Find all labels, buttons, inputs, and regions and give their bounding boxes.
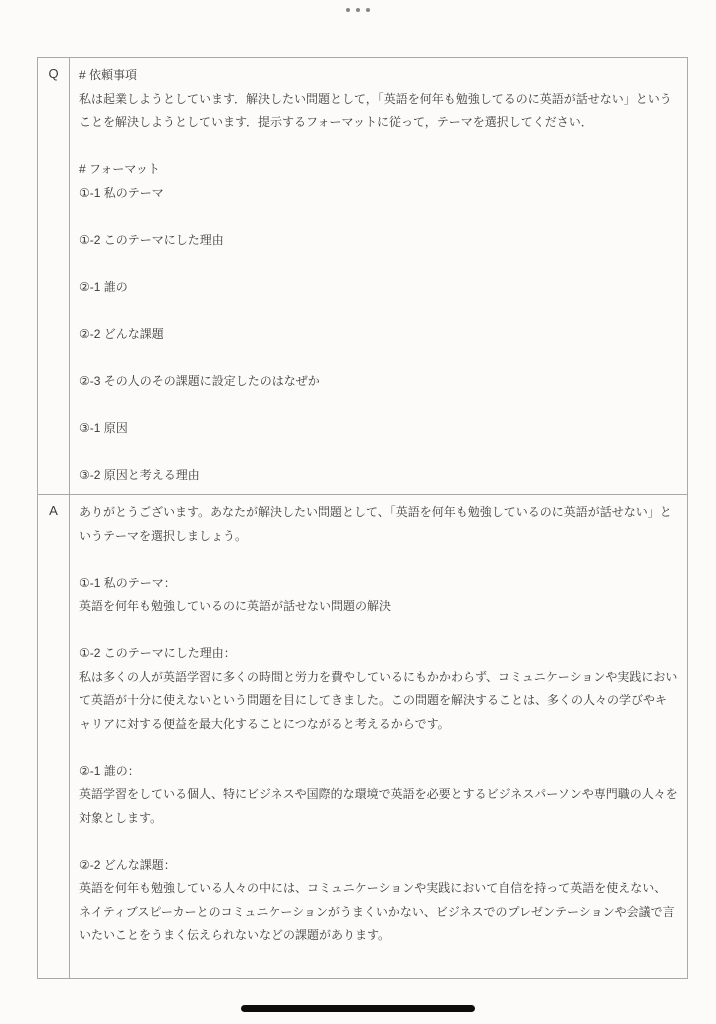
text-line: ②-2 どんな課題: [79, 323, 678, 347]
blank-line: [79, 830, 678, 854]
more-menu-dot: [366, 8, 370, 12]
blank-line: [79, 346, 678, 370]
question-row: Q # 依頼事項 私は起業しようとしています．解決したい問題として，「英語を何年…: [38, 58, 688, 495]
qa-table: Q # 依頼事項 私は起業しようとしています．解決したい問題として，「英語を何年…: [37, 57, 688, 979]
text-line: ③-1 原因: [79, 417, 678, 441]
more-menu-dot: [356, 8, 360, 12]
text-line: ②-2 どんな課題：: [79, 854, 678, 878]
blank-line: [79, 440, 678, 464]
answer-content: ありがとうございます。あなたが解決したい問題として、「英語を何年も勉強しているの…: [70, 495, 688, 979]
text-line: ②-1 誰の：: [79, 760, 678, 784]
text-line: ①-1 私のテーマ：: [79, 572, 678, 596]
home-indicator[interactable]: [241, 1005, 475, 1012]
blank-line: [79, 948, 678, 972]
more-menu-icon[interactable]: [346, 8, 370, 12]
answer-row: A ありがとうございます。あなたが解決したい問題として、「英語を何年も勉強してい…: [38, 495, 688, 979]
text-line: 英語を何年も勉強しているのに英語が話せない問題の解決: [79, 595, 678, 619]
blank-line: [79, 205, 678, 229]
text-line: ①-2 このテーマにした理由：: [79, 642, 678, 666]
question-label: Q: [38, 58, 70, 495]
text-line: ②-1 誰の: [79, 276, 678, 300]
blank-line: [79, 252, 678, 276]
text-line: 英語を何年も勉強している人々の中には、コミュニケーションや実践において自信を持っ…: [79, 877, 678, 948]
blank-line: [79, 299, 678, 323]
text-line: ①-2 このテーマにした理由: [79, 229, 678, 253]
text-line: ありがとうございます。あなたが解決したい問題として、「英語を何年も勉強しているの…: [79, 501, 678, 548]
blank-line: [79, 619, 678, 643]
text-line: 私は多くの人が英語学習に多くの時間と労力を費やしているにもかかわらず、コミュニケ…: [79, 666, 678, 737]
question-content: # 依頼事項 私は起業しようとしています．解決したい問題として，「英語を何年も勉…: [70, 58, 688, 495]
text-line: ②-3 その人のその課題に設定したのはなぜか: [79, 370, 678, 394]
text-line: 英語学習をしている個人、特にビジネスや国際的な環境で英語を必要とするビジネスパー…: [79, 783, 678, 830]
text-line: ①-1 私のテーマ: [79, 182, 678, 206]
text-line: 私は起業しようとしています．解決したい問題として，「英語を何年も勉強してるのに英…: [79, 88, 678, 135]
blank-line: [79, 736, 678, 760]
page: Q # 依頼事項 私は起業しようとしています．解決したい問題として，「英語を何年…: [0, 0, 716, 1024]
text-line: # 依頼事項: [79, 64, 678, 88]
more-menu-dot: [346, 8, 350, 12]
blank-line: [79, 135, 678, 159]
text-line: ③-2 原因と考える理由: [79, 464, 678, 488]
blank-line: [79, 393, 678, 417]
blank-line: [79, 548, 678, 572]
text-line: # フォーマット: [79, 158, 678, 182]
answer-label: A: [38, 495, 70, 979]
